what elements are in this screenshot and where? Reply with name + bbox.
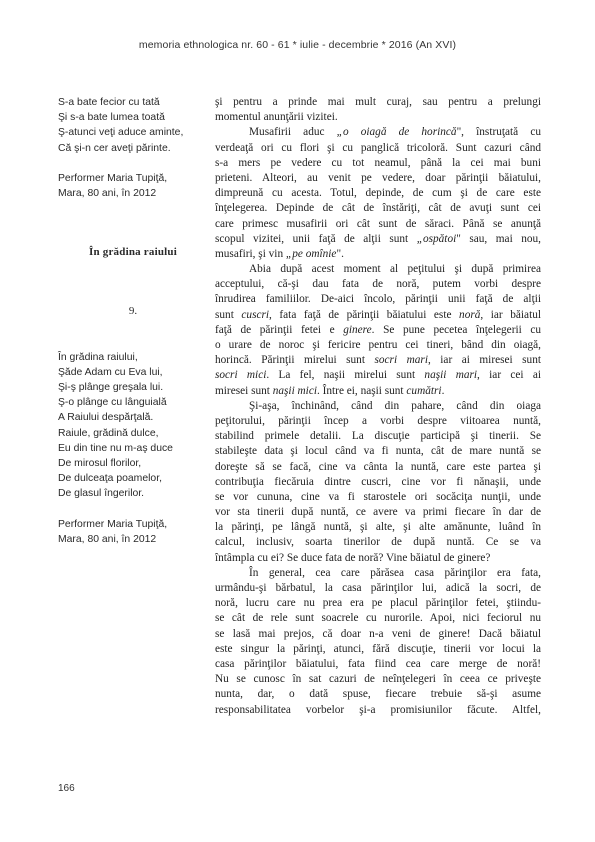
body-text-column: şi pentru a prinde mai mult curaj, sau p… [215,95,541,718]
body-text-line: la părinţi, pe lângă nuntă, şi alte, şi … [215,520,541,535]
page-number: 166 [58,783,75,794]
poem-line: Şi s-a bate lumea toată [58,110,208,125]
body-text-line: Nu se cunosc în sat cazuri de neînţelege… [215,672,541,687]
body-text-line: faţă de părinţii fetei e ginere. Se pune… [215,323,541,338]
body-text-line: Şi-aşa, închinând, când din pahare, când… [215,399,541,414]
body-text-line: nunta, dar, o dată spuse, fiecare trebui… [215,687,541,702]
body-text-line: sunt cuscri, fata faţă de părinţii băiat… [215,308,541,323]
performer-name: Performer Maria Tupiţă, [58,517,208,532]
body-text-line: stabileşte data şi locul când va fi nunt… [215,444,541,459]
poem-line: Că şi-n cer aveţi părinte. [58,141,208,156]
body-text-line: care primesc musafirii ori cât sunt de s… [215,217,541,232]
poem-line: Ş-atunci veţi aduce aminte, [58,125,208,140]
body-text-line: casa părinţilor băiatului, fata fiind ce… [215,657,541,672]
body-text-line: verdeaţă ori cu flori şi cu panglică tri… [215,141,541,156]
performer-place: Mara, 80 ani, în 2012 [58,532,208,547]
performer-credit: Performer Maria Tupiţă, Mara, 80 ani, în… [58,517,208,547]
body-text-line: şi pentru a prinde mai mult curaj, sau p… [215,95,541,110]
body-text-line: horincă. Părinţii mirelui sunt socri mar… [215,353,541,368]
body-text-line: se cât de rele sunt soacrele cu nurorile… [215,611,541,626]
poem-stanza-top: S-a bate fecior cu tată Şi s-a bate lume… [58,95,208,156]
song-title: În grădina raiului [58,245,208,260]
poem-line: În grădina raiului, [58,350,208,365]
body-text-line: prieteni. Alteori, au venit pe vedere, d… [215,171,541,186]
song-number: 9. [58,304,208,319]
left-column: S-a bate fecior cu tată Şi s-a bate lume… [58,95,208,547]
body-text-line: socri mici. La fel, naşii mirelui sunt n… [215,368,541,383]
poem-line: Şăde Adam cu Eva lui, [58,365,208,380]
body-text-line: calcul, inclusiv, soarta tinerilor de du… [215,535,541,550]
body-text-line: s-a mers pe vedere cu tot neamul, până l… [215,156,541,171]
running-header: memoria ethnologica nr. 60 - 61 * iulie … [0,39,595,51]
body-text-line: o urare de noroc şi fericire pentru cei … [215,338,541,353]
poem-line: A Raiului despărţală. [58,410,208,425]
performer-place: Mara, 80 ani, în 2012 [58,186,208,201]
body-text-line: scopul vizitei, unii faţă de alţii sunt … [215,232,541,247]
poem-line: De mirosul florilor, [58,456,208,471]
body-text-line: momentul anunţării vizitei. [215,110,541,125]
poem-line: Şi-ş plânge greşala lui. [58,380,208,395]
body-text-line: înţelegerea. Depinde de cât de înstăriţi… [215,201,541,216]
body-text-line: întâmpla cu ei? Se duce fata de noră? Vi… [215,551,541,566]
body-text-line: contribuţia fiecăruia dintre cuscri, cin… [215,475,541,490]
performer-credit: Performer Maria Tupiţă, Mara, 80 ani, în… [58,171,208,201]
body-text-line: se vor cununa, cine va fi starostele ori… [215,490,541,505]
body-text-line: acceptului, că-şi dau fata de noră, pute… [215,277,541,292]
body-text-line: dimpreună cu acesta. Totul, depinde, de … [215,186,541,201]
body-text-line: doreşte să se facă, cine va cânta la nun… [215,460,541,475]
poem-line: S-a bate fecior cu tată [58,95,208,110]
poem-line: Eu din tine nu m-aş duce [58,441,208,456]
body-text-line: înrudirea familiilor. De-aici încolo, pă… [215,292,541,307]
body-text-line: Abia după acest moment al peţitului şi d… [215,262,541,277]
body-text-line: peţitorului, părinţii încep a vorbi desp… [215,414,541,429]
body-text-line: musafiri, şi vin „pe omînie". [215,247,541,262]
poem-line: Raiule, grădină dulce, [58,426,208,441]
body-text-line: responsabilitatea vorbelor şi-a promisiu… [215,703,541,718]
poem-line: Ş-o plânge cu lânguială [58,395,208,410]
body-text-line: urmându-şi bărbatul, la casa părinţilor … [215,581,541,596]
performer-name: Performer Maria Tupiţă, [58,171,208,186]
body-text-line: se lasă mai prejos, că doar n-a veni de … [215,627,541,642]
poem-line: De glasul îngerilor. [58,486,208,501]
body-text-line: noră, lucru care nu prea era pe placul p… [215,596,541,611]
body-text-line: este singur la părinţi, atunci, fără dis… [215,642,541,657]
poem-body: În grădina raiului, Şăde Adam cu Eva lui… [58,350,208,502]
body-text-line: vor sta tinerii după nuntă, ce avere va … [215,505,541,520]
poem-line: De dulceaţa poamelor, [58,471,208,486]
body-text-line: miresei sunt naşii mici. Între ei, naşii… [215,384,541,399]
body-text-line: În general, cea care părăsea casa părinţ… [215,566,541,581]
body-text-line: Musafirii aduc „o oiagă de horincă", îns… [215,125,541,140]
body-text-line: stabilind primele detalii. La discuţie p… [215,429,541,444]
